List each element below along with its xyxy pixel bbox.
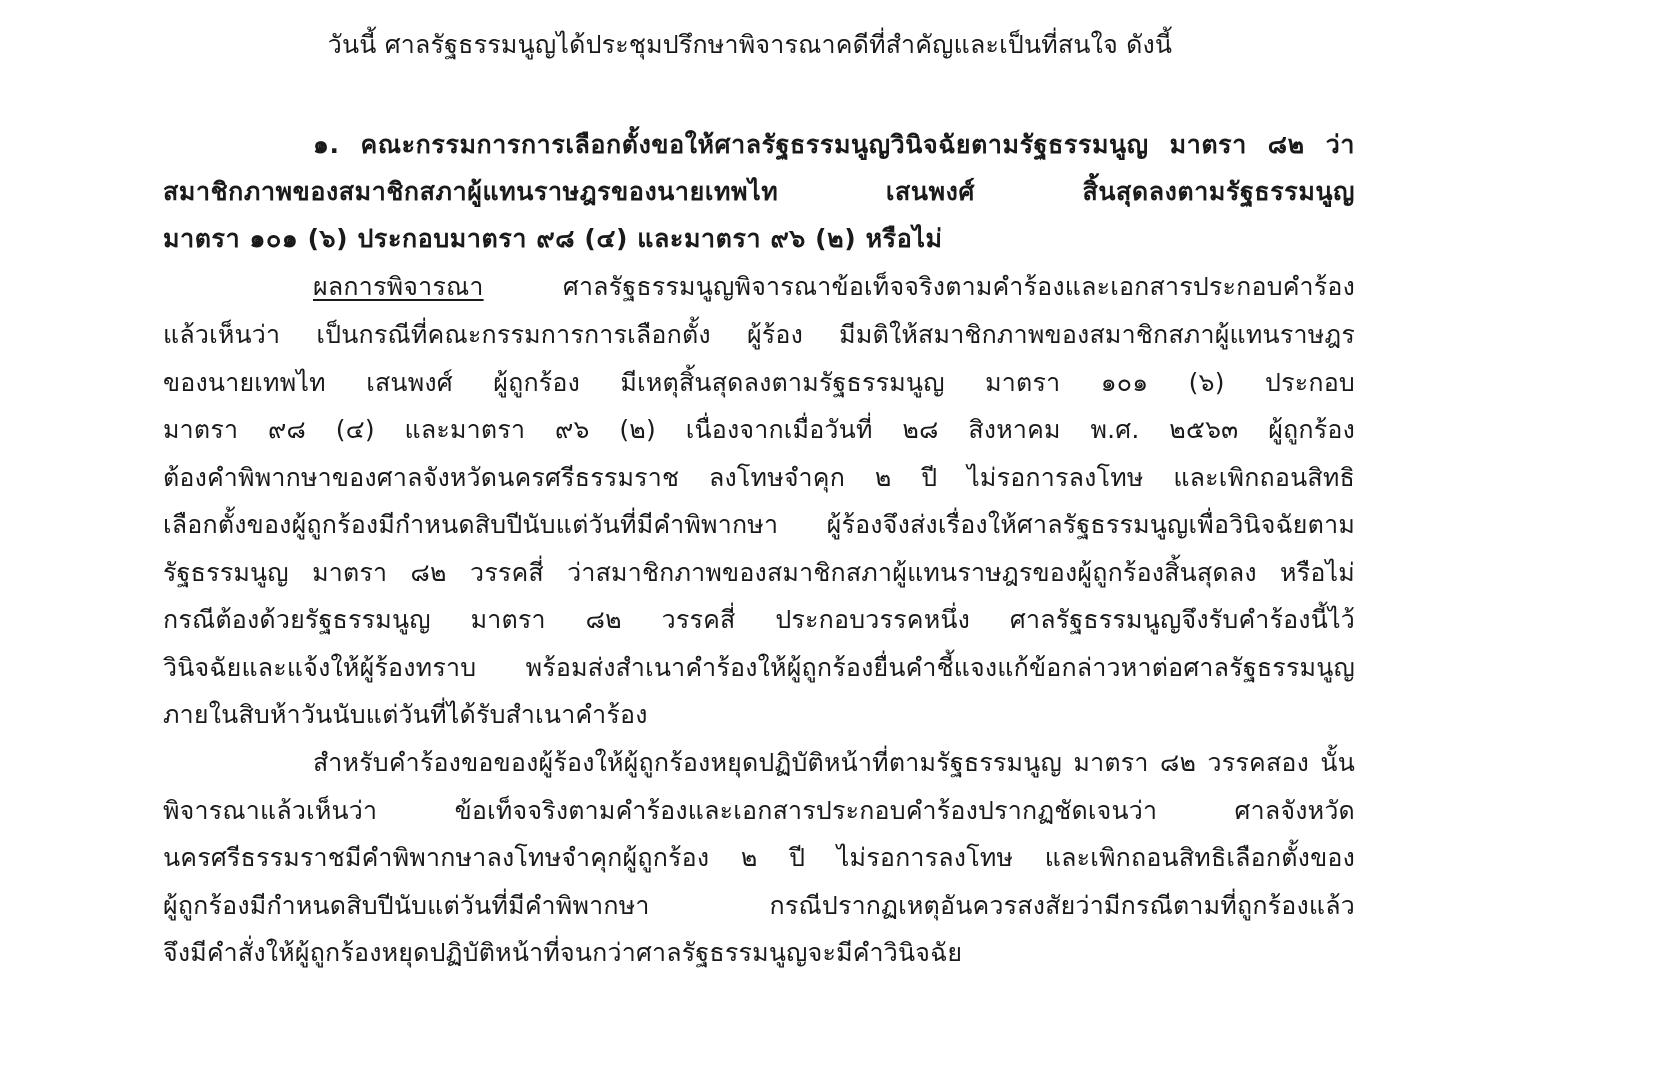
result-line-2: ของนายเทพไท เสนพงศ์ ผู้ถูกร้อง มีเหตุสิ้… xyxy=(163,360,1355,406)
result-line-8: วินิจฉัยและแจ้งให้ผู้ร้องทราบ พร้อมส่งสำ… xyxy=(163,645,1355,691)
suspension-line-1: สำหรับคำร้องขอของผู้ร้องให้ผู้ถูกร้องหยุ… xyxy=(313,740,1355,786)
suspension-line-3: นครศรีธรรมราชมีคำพิพากษาลงโทษจำคุกผู้ถูก… xyxy=(163,835,1355,881)
result-first-line: ผลการพิจารณา ศาลรัฐธรรมนูญพิจารณาข้อเท็จ… xyxy=(313,264,1355,310)
document-page: วันนี้ ศาลรัฐธรรมนูญได้ประชุมปรึกษาพิจาร… xyxy=(0,0,1654,1068)
suspension-line-2: พิจารณาแล้วเห็นว่า ข้อเท็จจริงตามคำร้องแ… xyxy=(163,788,1355,834)
item1-heading-line-1: ๑. คณะกรรมการการเลือกตั้งขอให้ศาลรัฐธรรม… xyxy=(313,122,1355,168)
suspension-line-5: จึงมีคำสั่งให้ผู้ถูกร้องหยุดปฏิบัติหน้าท… xyxy=(163,930,1355,976)
result-line-7: กรณีต้องด้วยรัฐธรรมนูญ มาตรา ๘๒ วรรคสี่ … xyxy=(163,597,1355,643)
intro-line: วันนี้ ศาลรัฐธรรมนูญได้ประชุมปรึกษาพิจาร… xyxy=(0,22,1500,68)
result-line-9: ภายในสิบห้าวันนับแต่วันที่ได้รับสำเนาคำร… xyxy=(163,692,1355,738)
result-line-5: เลือกตั้งของผู้ถูกร้องมีกำหนดสิบปีนับแต่… xyxy=(163,502,1355,548)
result-label: ผลการพิจารณา xyxy=(313,272,484,301)
result-line-4: ต้องคำพิพากษาของศาลจังหวัดนครศรีธรรมราช … xyxy=(163,455,1355,501)
item1-heading-line-2: สมาชิกภาพของสมาชิกสภาผู้แทนราษฎรของนายเท… xyxy=(163,169,1355,215)
result-line-1: แล้วเห็นว่า เป็นกรณีที่คณะกรรมการการเลือ… xyxy=(163,312,1355,358)
result-line-6: รัฐธรรมนูญ มาตรา ๘๒ วรรคสี่ ว่าสมาชิกภาพ… xyxy=(163,550,1355,596)
result-line-3: มาตรา ๙๘ (๔) และมาตรา ๙๖ (๒) เนื่องจากเม… xyxy=(163,407,1355,453)
item1-heading-line-3: มาตรา ๑๐๑ (๖) ประกอบมาตรา ๙๘ (๔) และมาตร… xyxy=(163,216,1355,262)
suspension-line-4: ผู้ถูกร้องมีกำหนดสิบปีนับแต่วันที่มีคำพิ… xyxy=(163,883,1355,929)
result-first-line-text: ศาลรัฐธรรมนูญพิจารณาข้อเท็จจริงตามคำร้อง… xyxy=(563,272,1355,301)
